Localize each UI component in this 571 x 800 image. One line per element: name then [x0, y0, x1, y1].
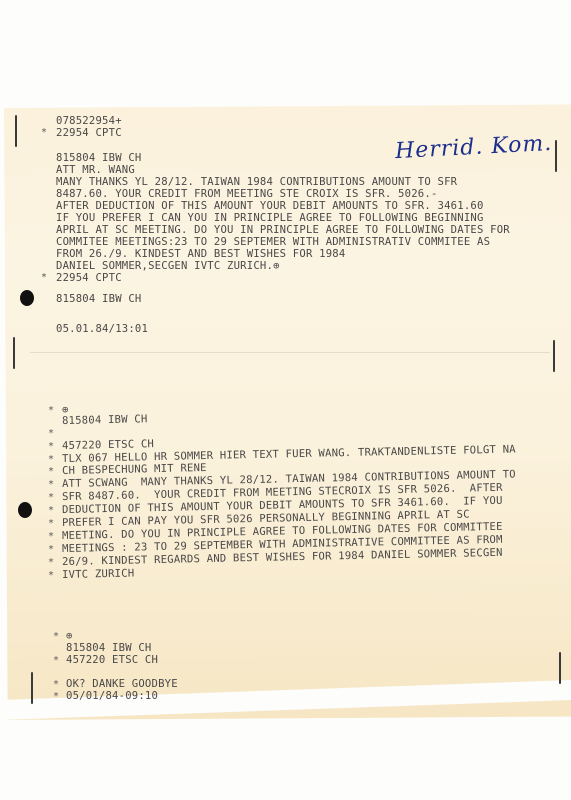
punch-hole	[18, 502, 32, 518]
body-line: IF YOU PREFER I CAN YOU IN PRINCIPLE AGR…	[56, 212, 484, 224]
star-marker: *	[48, 428, 54, 439]
star-marker: *	[48, 570, 54, 581]
star-marker: *	[48, 466, 54, 477]
body-line: DANIEL SOMMER,SECGEN IVTC ZURICH.⊕	[56, 260, 280, 272]
star-marker: *	[48, 405, 54, 416]
star-marker: *	[41, 127, 47, 138]
star-marker: *	[53, 631, 59, 642]
timestamp: 05/01/84-09:10	[66, 690, 158, 702]
telex-line: 457220 ETSC CH	[66, 654, 158, 666]
margin-bracket	[555, 140, 557, 172]
star-marker: *	[48, 544, 54, 555]
margin-bracket	[13, 337, 15, 369]
header-line: 078522954+	[56, 115, 122, 127]
margin-bracket	[553, 340, 555, 372]
telex-line: ⊕	[66, 630, 73, 642]
telex-line: 815804 IBW CH	[66, 642, 152, 654]
star-marker: *	[53, 691, 59, 702]
body-line: FROM 26./9. KINDEST AND BEST WISHES FOR …	[56, 248, 345, 260]
star-marker: *	[48, 492, 54, 503]
footer-line: 22954 CPTC	[56, 272, 122, 284]
star-marker: *	[41, 272, 47, 283]
body-line: AFTER DEDUCTION OF THIS AMOUNT YOUR DEBI…	[56, 200, 484, 212]
body-line: APRIL AT SC MEETING. DO YOU IN PRINCIPLE…	[56, 224, 510, 236]
footer-line: 815804 IBW CH	[56, 293, 142, 305]
telex-line: 815804 IBW CH	[62, 413, 148, 427]
body-line: 8487.60. YOUR CREDIT FROM MEETING STE CR…	[56, 188, 438, 200]
header-line: 22954 CPTC	[56, 127, 122, 139]
address-line: 815804 IBW CH	[56, 152, 142, 164]
telex-line: OK? DANKE GOODBYE	[66, 678, 178, 690]
star-marker: *	[48, 479, 54, 490]
telex-line: IVTC ZURICH	[62, 567, 135, 581]
margin-bracket	[31, 672, 33, 704]
star-marker: *	[53, 655, 59, 666]
star-marker: *	[48, 454, 54, 465]
star-marker: *	[48, 531, 54, 542]
star-marker: *	[48, 441, 54, 452]
perforation-line	[30, 352, 550, 355]
body-line: MANY THANKS YL 28/12. TAIWAN 1984 CONTRI…	[56, 176, 457, 188]
timestamp: 05.01.84/13:01	[56, 323, 148, 335]
star-marker: *	[53, 679, 59, 690]
margin-bracket	[559, 652, 561, 684]
punch-hole	[20, 290, 34, 306]
telex-line: 457220 ETSC CH	[62, 438, 154, 452]
star-marker: *	[48, 505, 54, 516]
address-line: ATT MR. WANG	[56, 164, 135, 176]
star-marker: *	[48, 557, 54, 568]
body-line: COMMITEE MEETINGS:23 TO 29 SEPTEMER WITH…	[56, 236, 490, 248]
star-marker: *	[48, 518, 54, 529]
margin-bracket	[15, 115, 17, 147]
